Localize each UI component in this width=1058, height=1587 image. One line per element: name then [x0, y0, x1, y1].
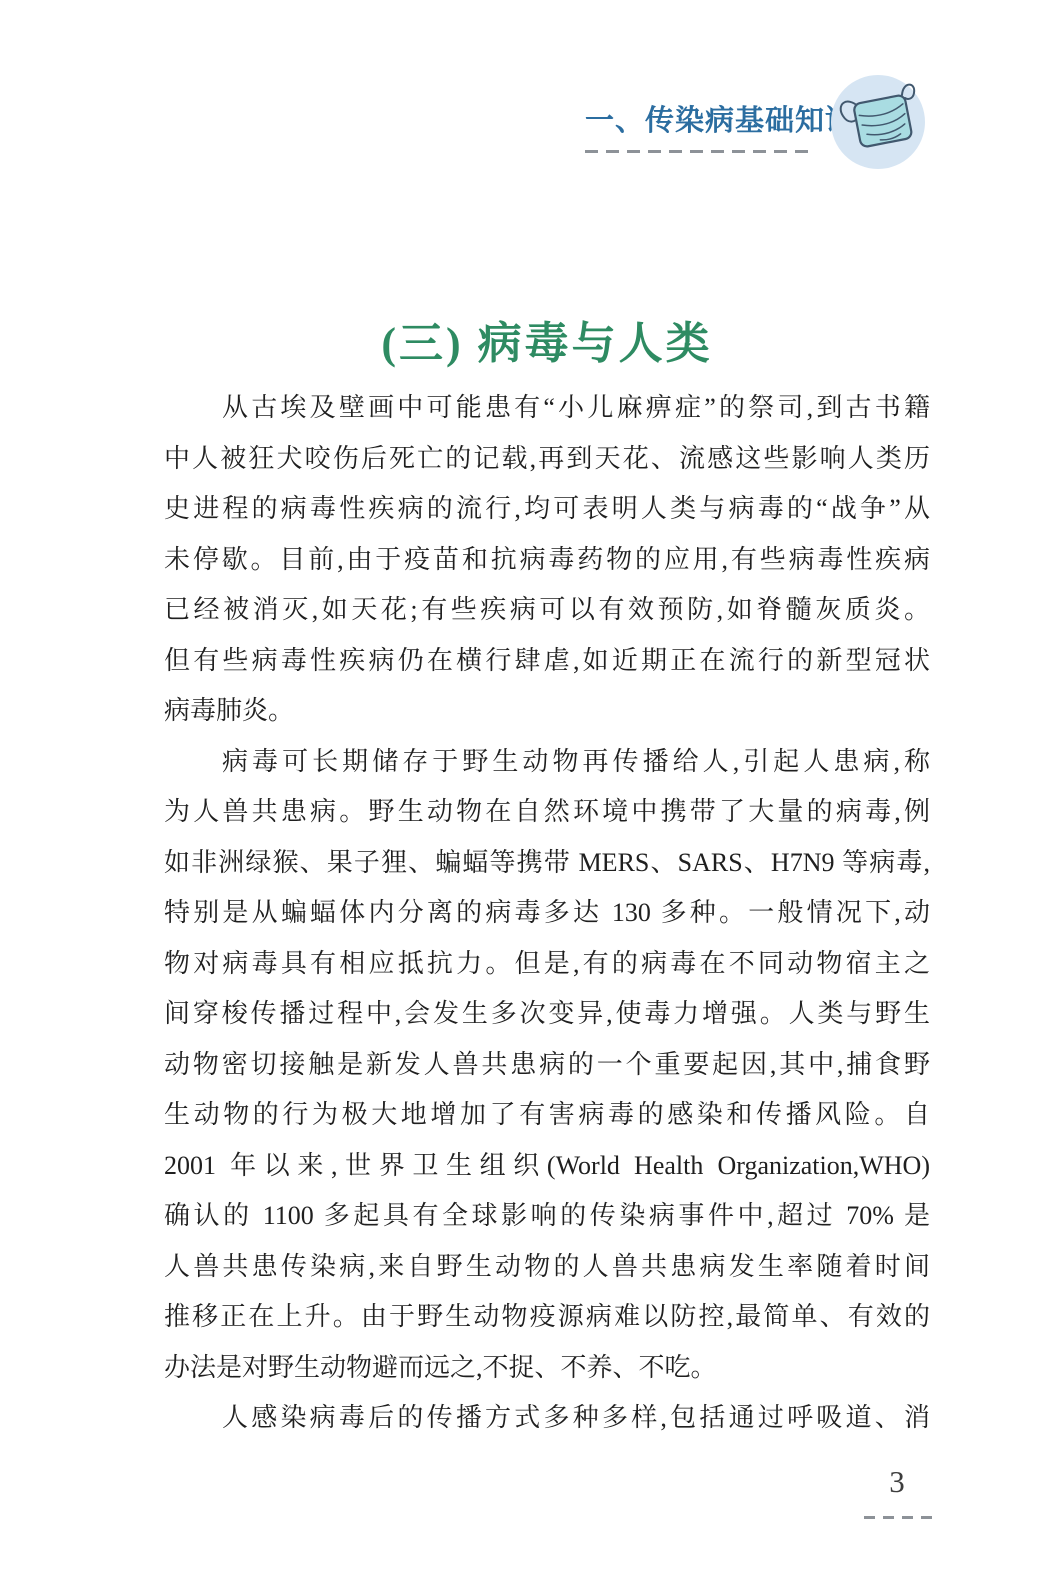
text-line: 人兽共患传染病,来自野生动物的人兽共患病发生率随着时间 [164, 1242, 930, 1293]
text-line: 人感染病毒后的传播方式多种多样,包括通过呼吸道、消 [164, 1393, 930, 1444]
footer-dashed-rule [864, 1516, 932, 1519]
text-line: 动物密切接触是新发人兽共患病的一个重要起因,其中,捕食野 [164, 1040, 930, 1091]
text-line: 为人兽共患病。野生动物在自然环境中携带了大量的病毒,例 [164, 787, 930, 838]
text-line: 物对病毒具有相应抵抗力。但是,有的病毒在不同动物宿主之 [164, 939, 930, 990]
body-text: 从古埃及壁画中可能患有“小儿麻痹症”的祭司,到古书籍 中人被狂犬咬伤后死亡的记载… [164, 383, 930, 1444]
text-line: 从古埃及壁画中可能患有“小儿麻痹症”的祭司,到古书籍 [164, 383, 930, 434]
page-number: 3 [858, 1464, 936, 1500]
text-line: 已经被消灭,如天花;有些疾病可以有效预防,如脊髓灰质炎。 [164, 585, 930, 636]
section-title: 一、传染病基础知识 [585, 104, 810, 138]
running-header: 一、传染病基础知识 [585, 104, 810, 153]
face-mask-icon [828, 72, 928, 172]
text-line: 但有些病毒性疾病仍在横行肆虐,如近期正在流行的新型冠状 [164, 636, 930, 687]
text-line: 如非洲绿猴、果子狸、蝙蝠等携带 MERS、SARS、H7N9 等病毒, [164, 838, 930, 889]
text-line: 间穿梭传播过程中,会发生多次变异,使毒力增强。人类与野生 [164, 989, 930, 1040]
chapter-title: (三) 病毒与人类 [164, 315, 930, 373]
text-line: 生动物的行为极大地增加了有害病毒的感染和传播风险。自 [164, 1090, 930, 1141]
text-line: 病毒可长期储存于野生动物再传播给人,引起人患病,称 [164, 737, 930, 788]
text-line: 史进程的病毒性疾病的流行,均可表明人类与病毒的“战争”从 [164, 484, 930, 535]
text-line: 中人被狂犬咬伤后死亡的记载,再到天花、流感这些影响人类历 [164, 434, 930, 485]
text-line: 特别是从蝙蝠体内分离的病毒多达 130 多种。一般情况下,动 [164, 888, 930, 939]
book-page: 一、传染病基础知识 (三) 病毒与人类 [0, 0, 1058, 1587]
header-dashed-rule [585, 150, 808, 153]
text-line: 确认的 1100 多起具有全球影响的传染病事件中,超过 70% 是 [164, 1191, 930, 1242]
text-line: 病毒肺炎。 [164, 686, 930, 737]
text-line: 推移正在上升。由于野生动物疫源病难以防控,最简单、有效的 [164, 1292, 930, 1343]
text-line: 未停歇。目前,由于疫苗和抗病毒药物的应用,有些病毒性疾病 [164, 535, 930, 586]
text-line: 2001 年以来,世界卫生组织(World Health Organizatio… [164, 1141, 930, 1192]
text-line: 办法是对野生动物避而远之,不捉、不养、不吃。 [164, 1343, 930, 1394]
